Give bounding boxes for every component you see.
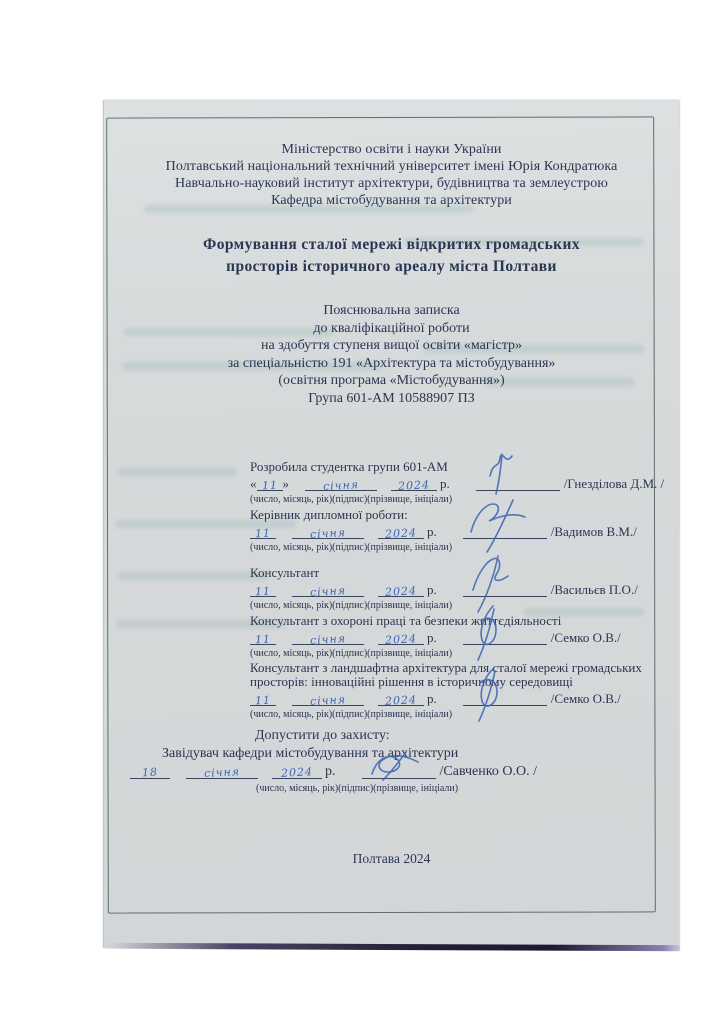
thesis-title: Формування сталої мережі відкритих грома…	[192, 234, 591, 278]
page-content: Міністерство освіти і науки України Полт…	[104, 100, 679, 948]
signature-squiggle	[469, 498, 529, 554]
field-caption: (число, місяць, рік)(підпис)(прізвище, і…	[250, 600, 670, 611]
role-student: Розробила студентка групи 601-АМ	[250, 459, 670, 474]
binding-edge	[108, 943, 680, 951]
date-signature-line: «11»січня2024р./Гнезділова Д.М. /	[250, 476, 670, 493]
handwritten-month: січня	[310, 631, 347, 648]
handwritten-month: січня	[310, 583, 347, 600]
handwritten-day: 11	[255, 693, 272, 709]
scan-background: Міністерство освіти і науки України Полт…	[0, 0, 724, 1024]
year-suffix: р.	[440, 476, 450, 491]
role-safety-consultant: Консультант з охороні праці та безпеки ж…	[250, 613, 670, 628]
person-name: /Семко О.В./	[551, 691, 621, 706]
approval-block: Допустити до захисту: Завідувач кафедри …	[104, 728, 679, 796]
subtitle-line: Пояснювальна записка	[104, 302, 679, 320]
field-caption: (число, місяць, рік)(підпис)(прізвище, і…	[250, 709, 670, 720]
handwritten-year: 2024	[385, 631, 418, 648]
handwritten-month: січня	[310, 525, 347, 542]
signature-squiggle	[469, 663, 503, 723]
subtitle-line: за спеціальністю 191 «Архітектура та міс…	[104, 355, 679, 373]
signatures-block: Розробила студентка групи 601-АМ «11»січ…	[250, 459, 670, 722]
handwritten-day: 18	[142, 765, 159, 781]
handwritten-day: 11	[255, 584, 272, 600]
handwritten-month: січня	[323, 477, 360, 494]
person-name: /Гнезділова Д.М. /	[564, 476, 664, 491]
subtitle-line: на здобуття ступеня вищої освіти «магіст…	[104, 337, 679, 355]
year-suffix: р.	[427, 524, 437, 539]
handwritten-year: 2024	[385, 583, 418, 600]
institution-header: Міністерство освіти і науки України Полт…	[104, 141, 679, 209]
person-name: /Семко О.В./	[551, 630, 621, 645]
handwritten-day: 11	[255, 632, 272, 648]
year-suffix: р.	[427, 582, 437, 597]
role-consultant: Консультант	[250, 565, 670, 580]
field-caption: (число, місяць, рік)(підпис)(прізвище, і…	[256, 783, 679, 794]
date-signature-line: 11січня2024р./Семко О.В./	[250, 630, 670, 647]
handwritten-year: 2024	[398, 477, 431, 494]
field-caption: (число, місяць, рік)(підпис)(прізвище, і…	[250, 494, 670, 505]
role-supervisor: Керівник дипломної роботи:	[250, 507, 670, 522]
subtitle-line: до кваліфікаційної роботи	[104, 320, 679, 338]
signature-squiggle	[469, 602, 503, 662]
handwritten-month: січня	[310, 692, 347, 709]
institute-line: Навчально-науковий інститут архітектури,…	[104, 175, 679, 192]
signature-squiggle	[368, 750, 422, 784]
handwritten-year: 2024	[281, 764, 314, 781]
date-signature-line: 18січня2024р./Савченко О.О. /	[130, 764, 679, 781]
person-name: /Вадимов В.М./	[551, 524, 637, 539]
date-signature-line: 11січня2024р./Васильєв П.О./	[250, 582, 670, 599]
handwritten-month: січня	[204, 764, 241, 781]
handwritten-day: 11	[261, 478, 278, 494]
signature-squiggle	[482, 446, 522, 498]
field-caption: (число, місяць, рік)(підпис)(прізвище, і…	[250, 648, 670, 659]
admit-to-defense-line: Допустити до захисту:	[255, 728, 679, 744]
year-suffix: р.	[427, 630, 437, 645]
person-name: /Васильєв П.О./	[551, 582, 638, 597]
handwritten-day: 11	[255, 526, 272, 542]
field-caption: (число, місяць, рік)(підпис)(прізвище, і…	[250, 542, 670, 553]
person-name: /Савченко О.О. /	[440, 764, 537, 779]
quote-close: »	[283, 476, 290, 491]
date-signature-line: 11січня2024р./Семко О.В./	[250, 691, 670, 708]
document-page: Міністерство освіти і науки України Полт…	[104, 100, 679, 948]
date-signature-line: 11січня2024р./Вадимов В.М./	[250, 524, 670, 541]
role-landscape-consultant: Консультант з ландшафтна архітектура для…	[250, 661, 670, 689]
subtitle-line: Група 601-АМ 10588907 ПЗ	[104, 390, 679, 408]
subtitle-line: (освітня програма «Містобудування»)	[104, 372, 679, 390]
year-suffix: р.	[427, 691, 437, 706]
ministry-line: Міністерство освіти і науки України	[104, 141, 679, 158]
subtitle-block: Пояснювальна записка до кваліфікаційної …	[104, 302, 679, 408]
university-line: Полтавський національний технічний уніве…	[104, 158, 679, 175]
year-suffix: р.	[325, 764, 336, 779]
handwritten-year: 2024	[385, 525, 418, 542]
department-line: Кафедра містобудування та архітектури	[104, 192, 679, 209]
footer-city-year: Полтава 2024	[104, 851, 679, 867]
handwritten-year: 2024	[385, 692, 418, 709]
